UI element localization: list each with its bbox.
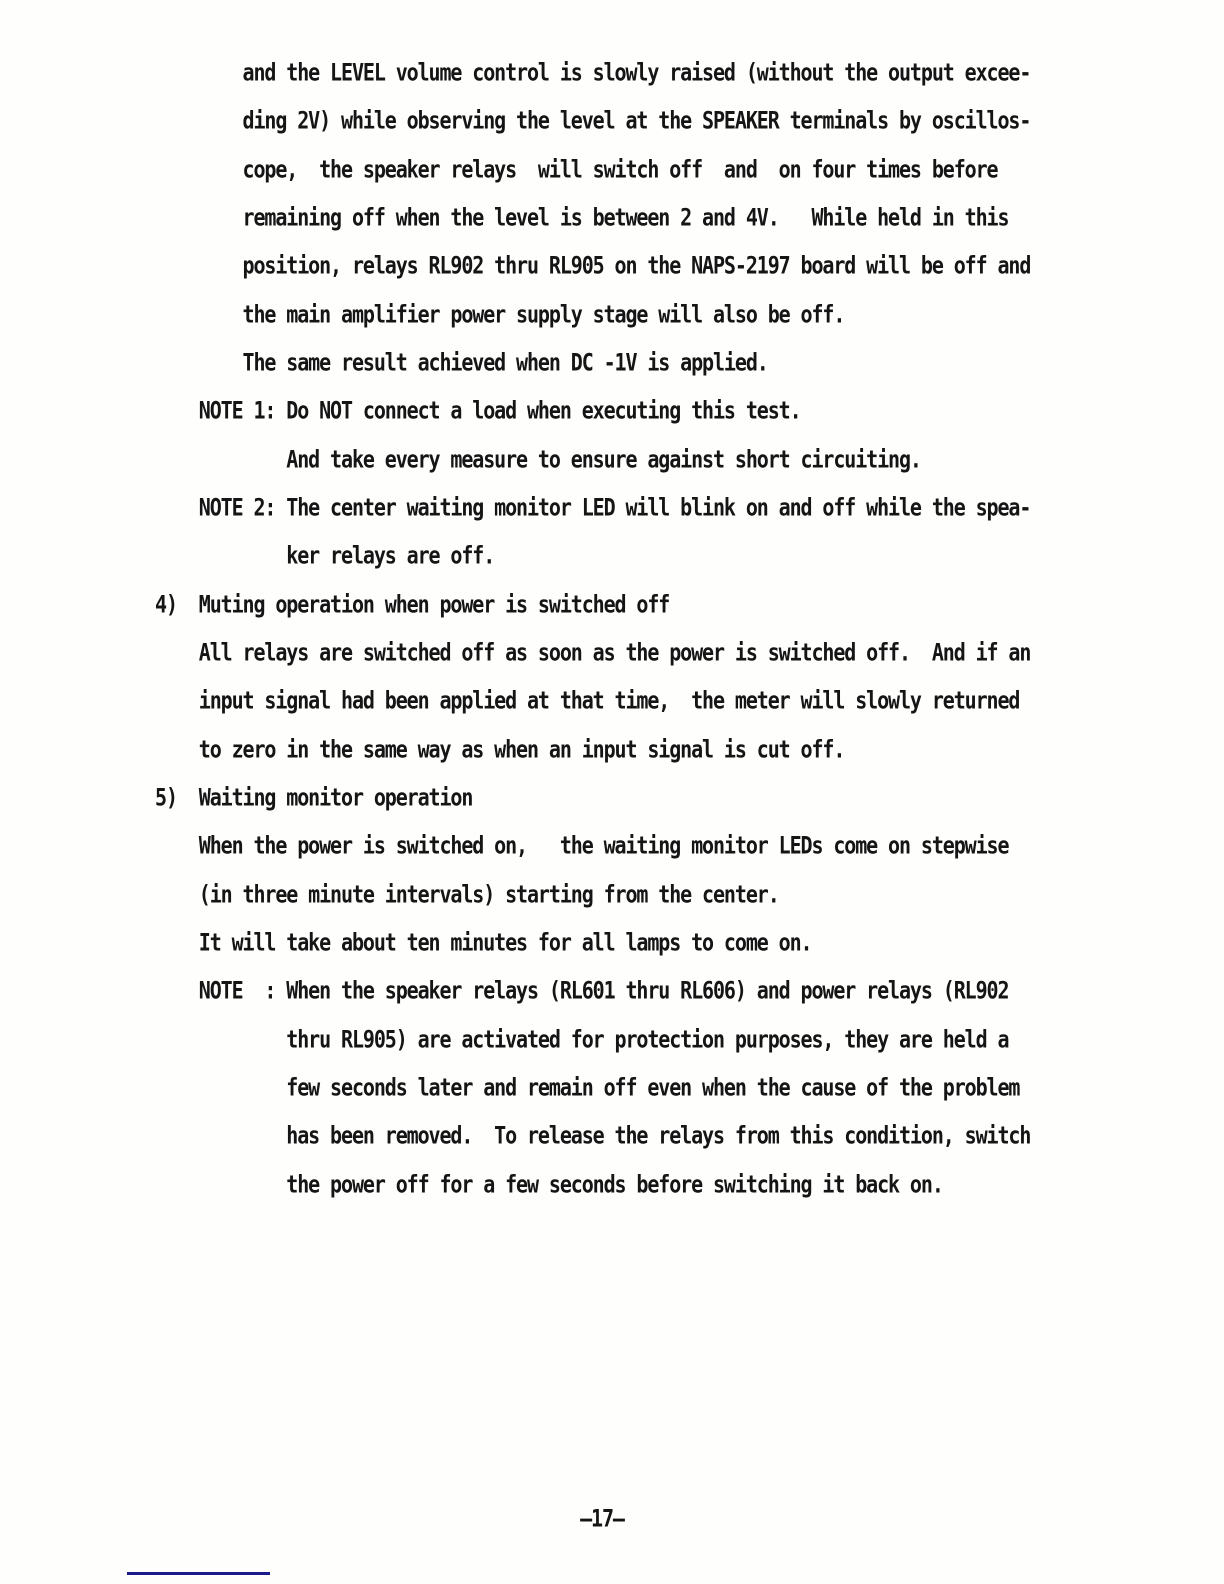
- text-line: ding 2V) while observing the level at th…: [0, 96, 1224, 144]
- text-line: remaining off when the level is between …: [0, 193, 1224, 241]
- text-line: ker relays are off.: [0, 531, 1224, 579]
- text-line-content: 5) Waiting monitor operation: [155, 782, 472, 811]
- text-line: input signal had been applied at that ti…: [0, 676, 1224, 724]
- text-line-content: to zero in the same way as when an input…: [155, 734, 844, 763]
- text-line: And take every measure to ensure against…: [0, 435, 1224, 483]
- text-line-content: and the LEVEL volume control is slowly r…: [155, 58, 1030, 87]
- page-number-label: –17–: [580, 1503, 624, 1532]
- text-line-content: input signal had been applied at that ti…: [155, 686, 1019, 715]
- text-line: 5) Waiting monitor operation: [0, 773, 1224, 821]
- text-line: and the LEVEL volume control is slowly r…: [0, 48, 1224, 96]
- text-line-content: the main amplifier power supply stage wi…: [155, 299, 844, 328]
- page-number: –17–: [0, 1498, 1204, 1538]
- text-line: few seconds later and remain off even wh…: [0, 1063, 1224, 1111]
- text-line-content: remaining off when the level is between …: [155, 203, 1008, 232]
- text-line: (in three minute intervals) starting fro…: [0, 870, 1224, 918]
- text-line-content: few seconds later and remain off even wh…: [155, 1072, 1019, 1101]
- text-line: cope, the speaker relays will switch off…: [0, 145, 1224, 193]
- text-line-content: And take every measure to ensure against…: [155, 444, 921, 473]
- text-line: It will take about ten minutes for all l…: [0, 918, 1224, 966]
- text-line: to zero in the same way as when an input…: [0, 725, 1224, 773]
- text-line: All relays are switched off as soon as t…: [0, 628, 1224, 676]
- text-line: The same result achieved when DC -1V is …: [0, 338, 1224, 386]
- text-line-content: NOTE 1: Do NOT connect a load when execu…: [155, 396, 801, 425]
- scanned-manual-page: and the LEVEL volume control is slowly r…: [0, 0, 1224, 1584]
- text-line: NOTE : When the speaker relays (RL601 th…: [0, 966, 1224, 1014]
- text-line-content: ker relays are off.: [155, 541, 494, 570]
- text-line-content: ding 2V) while observing the level at th…: [155, 106, 1030, 135]
- text-line-content: It will take about ten minutes for all l…: [155, 927, 811, 956]
- text-line: NOTE 1: Do NOT connect a load when execu…: [0, 386, 1224, 434]
- text-line: the main amplifier power supply stage wi…: [0, 290, 1224, 338]
- text-line: the power off for a few seconds before s…: [0, 1160, 1224, 1208]
- text-line-content: The same result achieved when DC -1V is …: [155, 347, 768, 376]
- text-body: and the LEVEL volume control is slowly r…: [0, 48, 1224, 1208]
- text-line-content: 4) Muting operation when power is switch…: [155, 589, 669, 618]
- text-line: position, relays RL902 thru RL905 on the…: [0, 241, 1224, 289]
- text-line: NOTE 2: The center waiting monitor LED w…: [0, 483, 1224, 531]
- text-line-content: All relays are switched off as soon as t…: [155, 637, 1030, 666]
- text-line-content: (in three minute intervals) starting fro…: [155, 879, 779, 908]
- text-line-content: When the power is switched on, the waiti…: [155, 831, 1008, 860]
- text-line: has been removed. To release the relays …: [0, 1111, 1224, 1159]
- text-line-content: thru RL905) are activated for protection…: [155, 1024, 1008, 1053]
- text-line: 4) Muting operation when power is switch…: [0, 580, 1224, 628]
- text-line-content: NOTE : When the speaker relays (RL601 th…: [155, 976, 1008, 1005]
- footer-rule: [127, 1572, 270, 1575]
- text-line-content: the power off for a few seconds before s…: [155, 1169, 943, 1198]
- text-line: When the power is switched on, the waiti…: [0, 821, 1224, 869]
- text-line: thru RL905) are activated for protection…: [0, 1015, 1224, 1063]
- text-line-content: NOTE 2: The center waiting monitor LED w…: [155, 492, 1030, 521]
- text-line-content: cope, the speaker relays will switch off…: [155, 154, 997, 183]
- text-line-content: has been removed. To release the relays …: [155, 1121, 1030, 1150]
- text-line-content: position, relays RL902 thru RL905 on the…: [155, 251, 1030, 280]
